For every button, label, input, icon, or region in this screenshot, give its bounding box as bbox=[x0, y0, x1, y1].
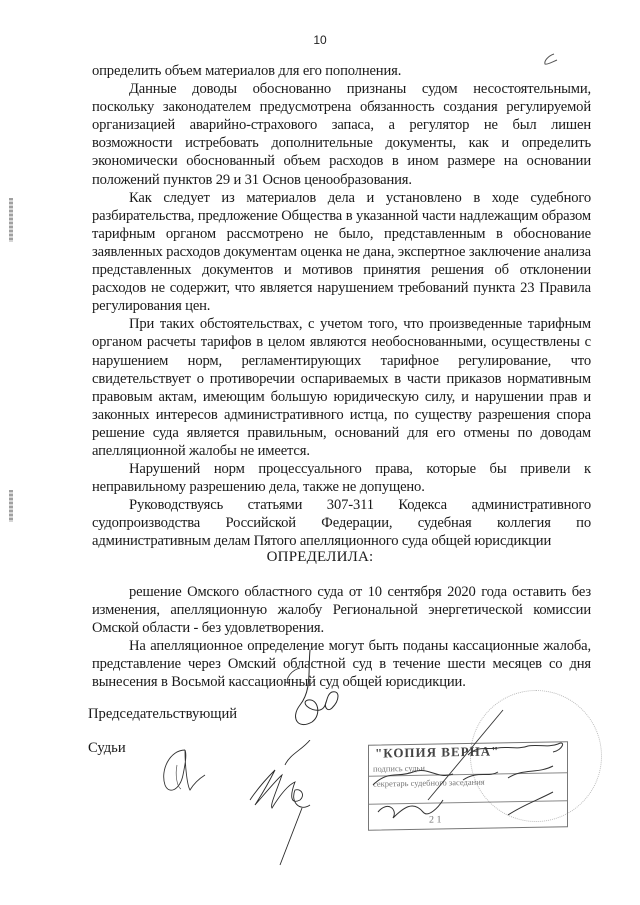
judge-signature-icon bbox=[155, 745, 215, 805]
decision-paragraph: решение Омского областного суда от 10 се… bbox=[92, 583, 591, 637]
stamp-handwriting-icon bbox=[368, 700, 588, 840]
paragraph: Нарушений норм процессуального права, ко… bbox=[92, 460, 591, 496]
paragraph: Данные доводы обоснованно признаны судом… bbox=[92, 80, 591, 189]
paragraph: При таких обстоятельствах, с учетом того… bbox=[92, 315, 591, 460]
paragraph: Руководствуясь статьями 307-311 Кодекса … bbox=[92, 496, 591, 550]
paragraph: Как следует из материалов дела и установ… bbox=[92, 189, 591, 316]
judge-signature-icon bbox=[240, 740, 330, 870]
page-number: 10 bbox=[0, 33, 640, 47]
presiding-judge-label: Председательствующий bbox=[88, 706, 237, 723]
paragraph: определить объем материалов для его попо… bbox=[92, 62, 591, 80]
presiding-judge-signature-icon bbox=[270, 650, 360, 735]
ruling-heading: ОПРЕДЕЛИЛА: bbox=[0, 549, 640, 566]
body-text: определить объем материалов для его попо… bbox=[92, 62, 591, 551]
scan-artifact-top bbox=[9, 198, 13, 242]
scan-artifact-bottom bbox=[9, 490, 13, 522]
judges-label: Судьи bbox=[88, 740, 126, 757]
